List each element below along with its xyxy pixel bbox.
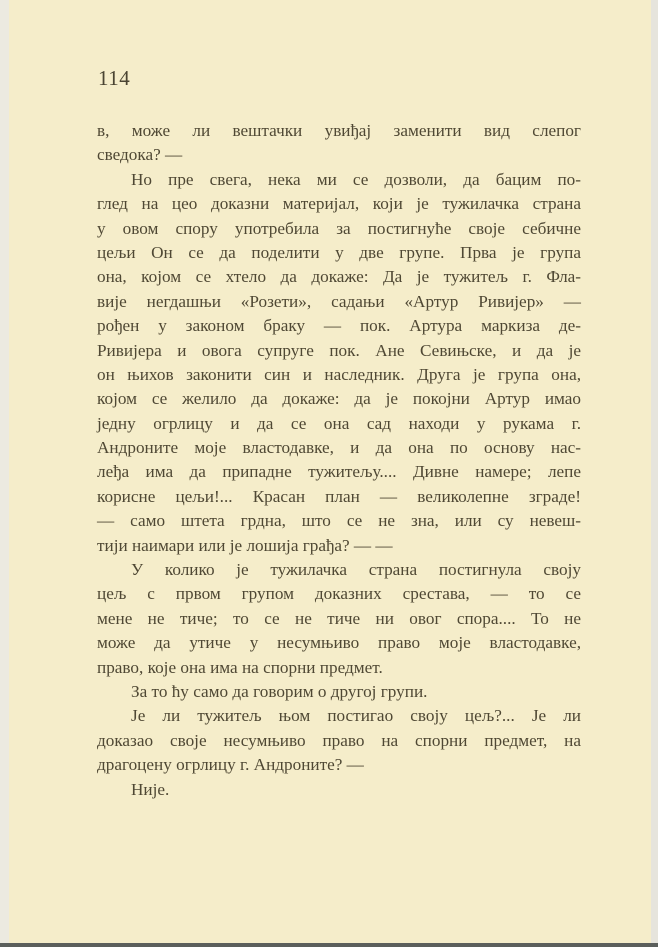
text-line: мене не тиче; то се не тиче ни овог спор… [97, 607, 581, 631]
text-line: једну огрлицу и да се она сад находи у р… [97, 412, 581, 436]
text-line: право, које она има на спорни предмет. [97, 656, 581, 680]
text-line: Но пре свега, нека ми се дозволи, да бац… [97, 168, 581, 192]
text-line: в, може ли вештачки увиђај заменити вид … [97, 119, 581, 143]
text-line: Није. [97, 778, 581, 802]
text-line: он њихов законити син и наследник. Друга… [97, 363, 581, 387]
text-line: Ривијера и овога супруге пок. Ане Севињс… [97, 339, 581, 363]
text-line: корисне цељи!... Красан план — великолеп… [97, 485, 581, 509]
page-number: 114 [98, 66, 130, 91]
text-line: цељ с првом групом доказних срестава, — … [97, 582, 581, 606]
text-line: — само штета грдна, што се не зна, или с… [97, 509, 581, 533]
text-line: може да утиче у несумњиво право моје вла… [97, 631, 581, 655]
text-line: За то ћу само да говорим о другој групи. [97, 680, 581, 704]
text-line: сведока? — [97, 143, 581, 167]
text-line: она, којом се хтело да докаже: Да је туж… [97, 265, 581, 289]
text-line: Је ли тужитељ њом постигао своју цељ?...… [97, 704, 581, 728]
text-line: драгоцену огрлицу г. Андроните? — [97, 753, 581, 777]
scan-left-margin [0, 0, 9, 943]
text-line: којом се желило да докаже: да је покојни… [97, 387, 581, 411]
text-line: цељи Он се да поделити у две групе. Прва… [97, 241, 581, 265]
text-line: тији наимари или је лошија грађа? — — [97, 534, 581, 558]
text-line: глед на цео доказни материјал, који је т… [97, 192, 581, 216]
text-line: вије негдашњи «Розети», садањи «Артур Ри… [97, 290, 581, 314]
text-line: леђа има да припадне тужитељу.... Дивне … [97, 460, 581, 484]
text-line: рођен у законом браку — пок. Артура марк… [97, 314, 581, 338]
text-line: У колико је тужилачка страна постигнула … [97, 558, 581, 582]
body-text: в, може ли вештачки увиђај заменити вид … [97, 119, 581, 802]
scan-right-margin [651, 0, 658, 943]
scan-bottom-edge [0, 943, 658, 947]
text-line: Андроните моје властодавке, и да она по … [97, 436, 581, 460]
text-line: доказао своје несумњиво право на спорни … [97, 729, 581, 753]
text-line: у овом спору употребила за постигнуће св… [97, 217, 581, 241]
